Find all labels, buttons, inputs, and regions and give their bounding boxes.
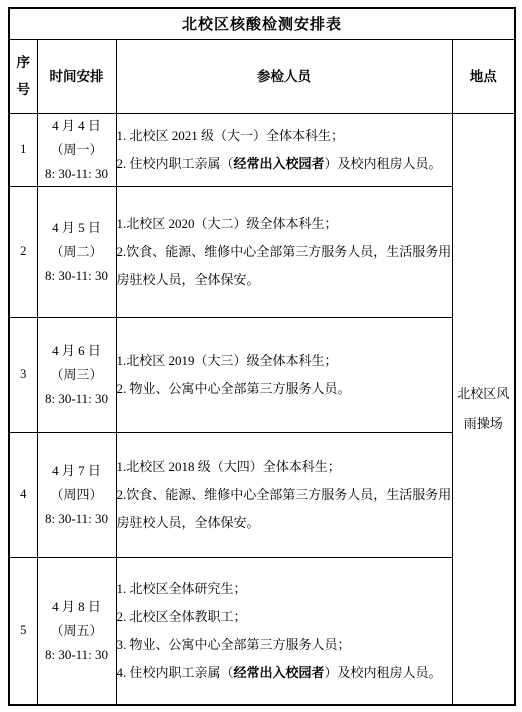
people-cell: 1. 北校区全体研究生； 2. 北校区全体教职工； 3. 物业、公寓中心全部第三… [116,557,452,705]
people-cell: 1.北校区 2020（大二）级全体本科生； 2.饮食、能源、维修中心全部第三方服… [116,186,452,317]
date-text: 4 月 4 日 [38,114,116,138]
index-cell: 2 [9,186,37,317]
date-text: 4 月 6 日 [38,339,116,363]
weekday-text: （周三） [38,363,116,387]
header-people: 参检人员 [116,39,452,113]
item-text: 2.饮食、能源、维修中心全部第三方服务人员，生活服务用房驻校人员，全体保安。 [117,244,452,287]
people-item: 4. 住校内职工亲属（经常出入校园者）及校内租房人员。 [117,659,452,687]
item-text: 1. 北校区 2021 级（大一）全体本科生； [117,128,345,143]
item-text: 2.饮食、能源、维修中心全部第三方服务人员，生活服务用房驻校人员，全体保安。 [117,487,452,530]
people-item: 1.北校区 2020（大二）级全体本科生； [117,210,452,238]
item-bold-text: 经常出入校园者 [234,156,325,171]
time-cell: 4 月 7 日 （周四） 8: 30-11: 30 [37,432,116,557]
item-text: 2. 北校区全体教职工； [117,609,247,624]
people-cell: 1.北校区 2019（大三）级全体本科生； 2. 物业、公寓中心全部第三方服务人… [116,317,452,432]
item-bold-text: 经常出入校园者 [234,665,325,680]
index-cell: 1 [9,113,37,186]
people-item: 2. 北校区全体教职工； [117,603,452,631]
time-text: 8: 30-11: 30 [38,643,116,667]
people-item: 2. 物业、公寓中心全部第三方服务人员。 [117,375,452,403]
item-text: 1.北校区 2019（大三）级全体本科生； [117,353,338,368]
weekday-text: （周一） [38,138,116,162]
index-cell: 4 [9,432,37,557]
people-item: 1.北校区 2019（大三）级全体本科生； [117,347,452,375]
time-text: 8: 30-11: 30 [38,507,116,531]
time-cell: 4 月 6 日 （周三） 8: 30-11: 30 [37,317,116,432]
people-item: 1. 北校区 2021 级（大一）全体本科生； [117,122,452,150]
header-location: 地点 [452,39,515,113]
location-cell: 北校区风雨操场 [452,113,515,705]
item-text: 1.北校区 2020（大二）级全体本科生； [117,216,338,231]
item-text: 1.北校区 2018 级（大四）全体本科生； [117,459,341,474]
time-cell: 4 月 8 日 （周五） 8: 30-11: 30 [37,557,116,705]
date-text: 4 月 7 日 [38,459,116,483]
people-cell: 1.北校区 2018 级（大四）全体本科生； 2.饮食、能源、维修中心全部第三方… [116,432,452,557]
time-text: 8: 30-11: 30 [38,387,116,411]
people-item: 2.饮食、能源、维修中心全部第三方服务人员，生活服务用房驻校人员，全体保安。 [117,238,452,294]
time-cell: 4 月 5 日 （周二） 8: 30-11: 30 [37,186,116,317]
header-time: 时间安排 [37,39,116,113]
table-row: 1 4 月 4 日 （周一） 8: 30-11: 30 1. 北校区 2021 … [9,113,515,186]
item-text: ）及校内租房人员。 [325,665,442,680]
item-text: ）及校内租房人员。 [325,156,442,171]
time-text: 8: 30-11: 30 [38,264,116,288]
title-row: 北校区核酸检测安排表 [9,8,515,39]
date-text: 4 月 5 日 [38,216,116,240]
date-text: 4 月 8 日 [38,595,116,619]
item-text: 2. 物业、公寓中心全部第三方服务人员。 [117,381,351,396]
table-row: 4 4 月 7 日 （周四） 8: 30-11: 30 1.北校区 2018 级… [9,432,515,557]
weekday-text: （周五） [38,619,116,643]
people-item: 1.北校区 2018 级（大四）全体本科生； [117,453,452,481]
table-title: 北校区核酸检测安排表 [9,8,515,39]
people-item: 1. 北校区全体研究生； [117,575,452,603]
people-item: 2. 住校内职工亲属（经常出入校园者）及校内租房人员。 [117,150,452,178]
index-cell: 3 [9,317,37,432]
people-cell: 1. 北校区 2021 级（大一）全体本科生； 2. 住校内职工亲属（经常出入校… [116,113,452,186]
header-index: 序号 [9,39,37,113]
time-cell: 4 月 4 日 （周一） 8: 30-11: 30 [37,113,116,186]
weekday-text: （周四） [38,483,116,507]
index-cell: 5 [9,557,37,705]
item-text: 4. 住校内职工亲属（ [117,665,234,680]
table-row: 5 4 月 8 日 （周五） 8: 30-11: 30 1. 北校区全体研究生；… [9,557,515,705]
item-text: 3. 物业、公寓中心全部第三方服务人员； [117,637,351,652]
people-item: 3. 物业、公寓中心全部第三方服务人员； [117,631,452,659]
table-row: 3 4 月 6 日 （周三） 8: 30-11: 30 1.北校区 2019（大… [9,317,515,432]
item-text: 1. 北校区全体研究生； [117,581,247,596]
schedule-table: 北校区核酸检测安排表 序号 时间安排 参检人员 地点 1 4 月 4 日 （周一… [8,7,516,706]
weekday-text: （周二） [38,240,116,264]
people-item: 2.饮食、能源、维修中心全部第三方服务人员，生活服务用房驻校人员，全体保安。 [117,481,452,537]
header-row: 序号 时间安排 参检人员 地点 [9,39,515,113]
page: 北校区核酸检测安排表 序号 时间安排 参检人员 地点 1 4 月 4 日 （周一… [0,7,522,712]
time-text: 8: 30-11: 30 [38,162,116,186]
item-text: 2. 住校内职工亲属（ [117,156,234,171]
table-row: 2 4 月 5 日 （周二） 8: 30-11: 30 1.北校区 2020（大… [9,186,515,317]
